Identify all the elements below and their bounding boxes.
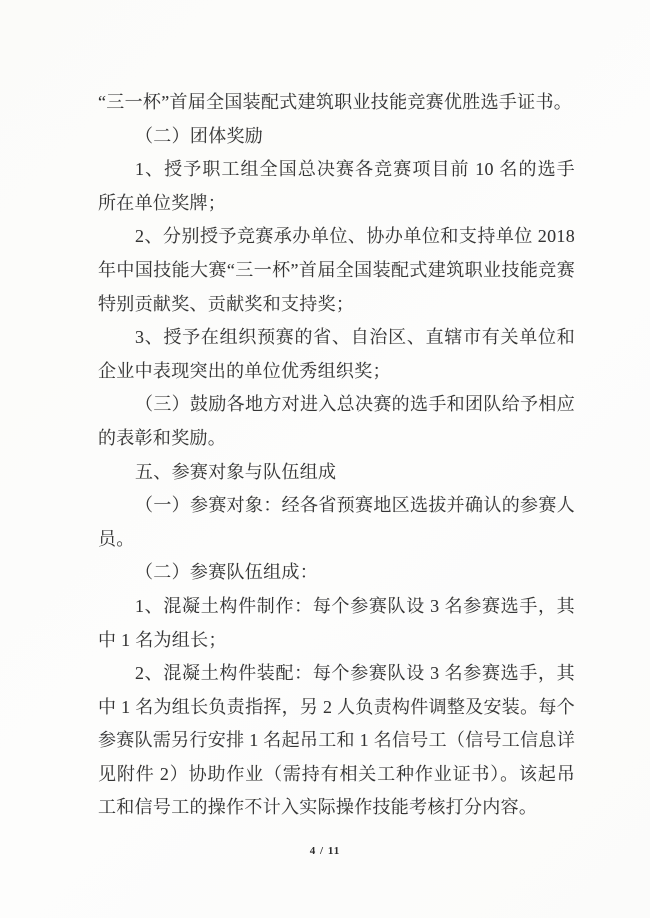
paragraph: 五、参赛对象与队伍组成 [98, 456, 575, 490]
paragraph: “三一杯”首届全国装配式建筑职业技能竞赛优胜选手证书。 [98, 86, 575, 120]
paragraph: 2、分别授予竞赛承办单位、协办单位和支持单位 2018 年中国技能大赛“三一杯”… [98, 220, 575, 321]
paragraph: 1、授予职工组全国总决赛各竞赛项目前 10 名的选手所在单位奖牌； [98, 153, 575, 220]
paragraph: （二）团体奖励 [98, 120, 575, 154]
paragraph: （一）参赛对象：经各省预赛地区选拔并确认的参赛人员。 [98, 489, 575, 556]
paragraph: （三）鼓励各地方对进入总决赛的选手和团队给予相应的表彰和奖励。 [98, 388, 575, 455]
paragraph: （二）参赛队伍组成： [98, 556, 575, 590]
paragraph: 3、授予在组织预赛的省、自治区、直辖市有关单位和企业中表现突出的单位优秀组织奖； [98, 321, 575, 388]
paragraph: 1、混凝土构件制作：每个参赛队设 3 名参赛选手，其中 1 名为组长； [98, 590, 575, 657]
paragraph: 2、混凝土构件装配：每个参赛队设 3 名参赛选手，其中 1 名为组长负责指挥，另… [98, 657, 575, 825]
page-number: 4 / 11 [310, 845, 340, 857]
document-body: “三一杯”首届全国装配式建筑职业技能竞赛优胜选手证书。（二）团体奖励1、授予职工… [98, 86, 575, 825]
document-page: “三一杯”首届全国装配式建筑职业技能竞赛优胜选手证书。（二）团体奖励1、授予职工… [0, 0, 650, 918]
page-footer: 4 / 11 [0, 841, 650, 859]
